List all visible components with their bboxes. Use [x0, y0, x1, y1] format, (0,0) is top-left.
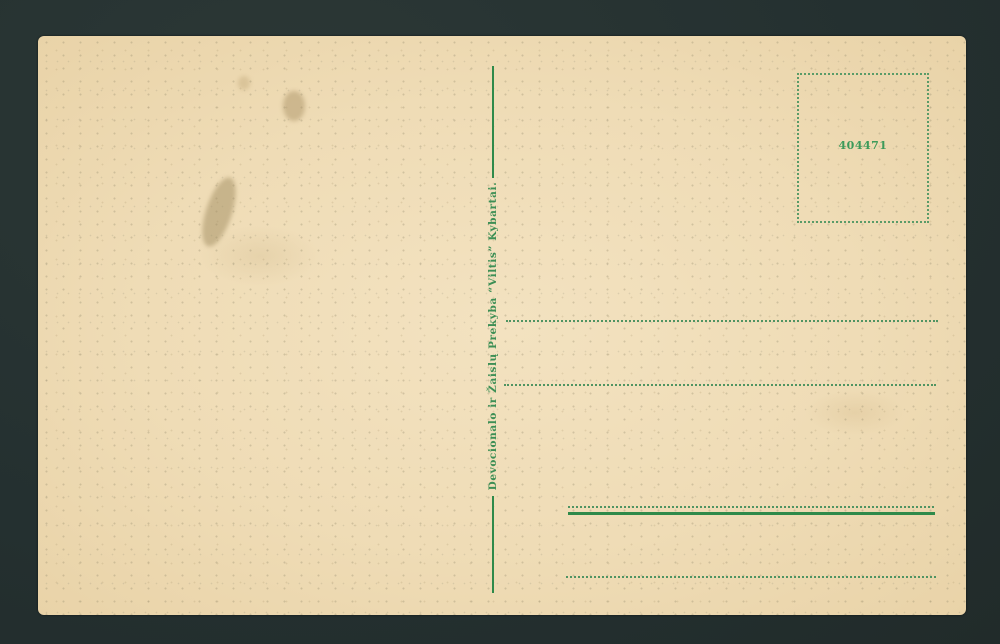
- address-line-2: [504, 384, 936, 386]
- center-divider-top: [492, 66, 494, 178]
- paper-stain: [196, 174, 243, 251]
- paper-stain: [238, 76, 250, 90]
- address-line-3-solid: [568, 512, 935, 515]
- stamp-box: 404471: [797, 73, 929, 223]
- postcard-back: Devocionalo ir Žaislų Prekyba “Viltis” K…: [38, 36, 966, 615]
- publisher-imprint: Devocionalo ir Žaislų Prekyba “Viltis” K…: [487, 182, 499, 491]
- stamp-box-number: 404471: [799, 139, 927, 152]
- address-line-4: [566, 576, 936, 578]
- center-divider-bottom: [492, 496, 494, 593]
- paper-stain: [283, 91, 305, 121]
- address-line-1: [506, 320, 938, 322]
- address-line-3-dotted: [568, 506, 934, 508]
